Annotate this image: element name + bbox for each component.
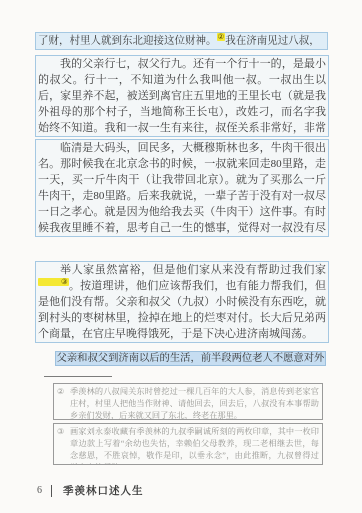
paragraph-1-text: 我的父亲行七，叔父行九。还有一个行十一的，是最小的叔父。行十一，不知道为什么我叫… xyxy=(38,56,326,137)
footer-divider xyxy=(51,485,52,497)
carryover-after-text: 我在济南见过八叔， xyxy=(225,36,320,47)
footnote-2-text: 季羡林的八叔闯关东时曾挖过一棵几百年的大人参，消息传到老家官庄村，村里人把他当作… xyxy=(70,386,319,418)
footnote-ref-3-icon[interactable]: ③ xyxy=(38,278,69,286)
footnote-box-3[interactable]: ③ 画家刘永泰收藏有季羡林的九叔季嗣诚所刻的两枚印章，其中一枚印章边款上写着“余… xyxy=(53,423,323,465)
selected-paragraph-1[interactable]: 我的父亲行七，叔父行九。还有一个行十一的，是最小的叔父。行十一，不知道为什么我叫… xyxy=(35,55,329,137)
footnote-separator xyxy=(44,376,112,377)
highlighted-sentence-text: 父亲和叔父到济南以后的生活，前半段两位老人不愿意对外 xyxy=(56,352,326,365)
footnote-3-text: 画家刘永泰收藏有季羡林的九叔季嗣诚所刻的两枚印章，其中一枚印章边款上写着“余幼也… xyxy=(70,426,319,463)
highlighted-sentence[interactable]: 父亲和叔父到济南以后的生活，前半段两位老人不愿意对外 xyxy=(35,351,335,368)
footnote-3-marker: ③ xyxy=(57,426,70,463)
book-title: 季羡林口述人生 xyxy=(63,483,144,498)
paragraph-3-after-ref: 。按道理讲，他们应该帮我们，也有能力帮我们，但是他们没有帮。父亲和叔父（九叔）小… xyxy=(38,280,326,340)
page-footer: 6 季羡林口述人生 xyxy=(37,483,144,498)
selected-carryover-line[interactable]: 了财，村里人就到东北迎接这位财神。②我在济南见过八叔， xyxy=(35,32,328,50)
selected-paragraph-3[interactable]: 举人家虽然富裕，但是他们家从来没有帮助过我们家③。按道理讲，他们应该帮我们，也有… xyxy=(35,261,329,343)
page-number: 6 xyxy=(37,485,42,496)
paragraph-3-before-ref: 举人家虽然富裕，但是他们家从来没有帮助过我们家 xyxy=(60,264,326,276)
paragraph-3-text: 举人家虽然富裕，但是他们家从来没有帮助过我们家③。按道理讲，他们应该帮我们，也有… xyxy=(38,262,326,342)
book-page: 了财，村里人就到东北迎接这位财神。②我在济南见过八叔， 我的父亲行七，叔父行九。… xyxy=(0,0,362,513)
selected-paragraph-2[interactable]: 临清是大码头，回民多，大概穆斯林也多，牛肉干很出名。那时候我在北京念书的时候，一… xyxy=(35,139,329,237)
footnote-box-2[interactable]: ② 季羡林的八叔闯关东时曾挖过一棵几百年的大人参，消息传到老家官庄村，村里人把他… xyxy=(53,383,323,420)
carryover-text: 了财，村里人就到东北迎接这位财神。 xyxy=(38,36,217,47)
paragraph-2-text: 临清是大码头，回民多，大概穆斯林也多，牛肉干很出名。那时候我在北京念书的时候，一… xyxy=(38,140,326,237)
footnote-ref-2-icon[interactable]: ② xyxy=(217,33,226,41)
footnote-2-marker: ② xyxy=(57,386,70,418)
